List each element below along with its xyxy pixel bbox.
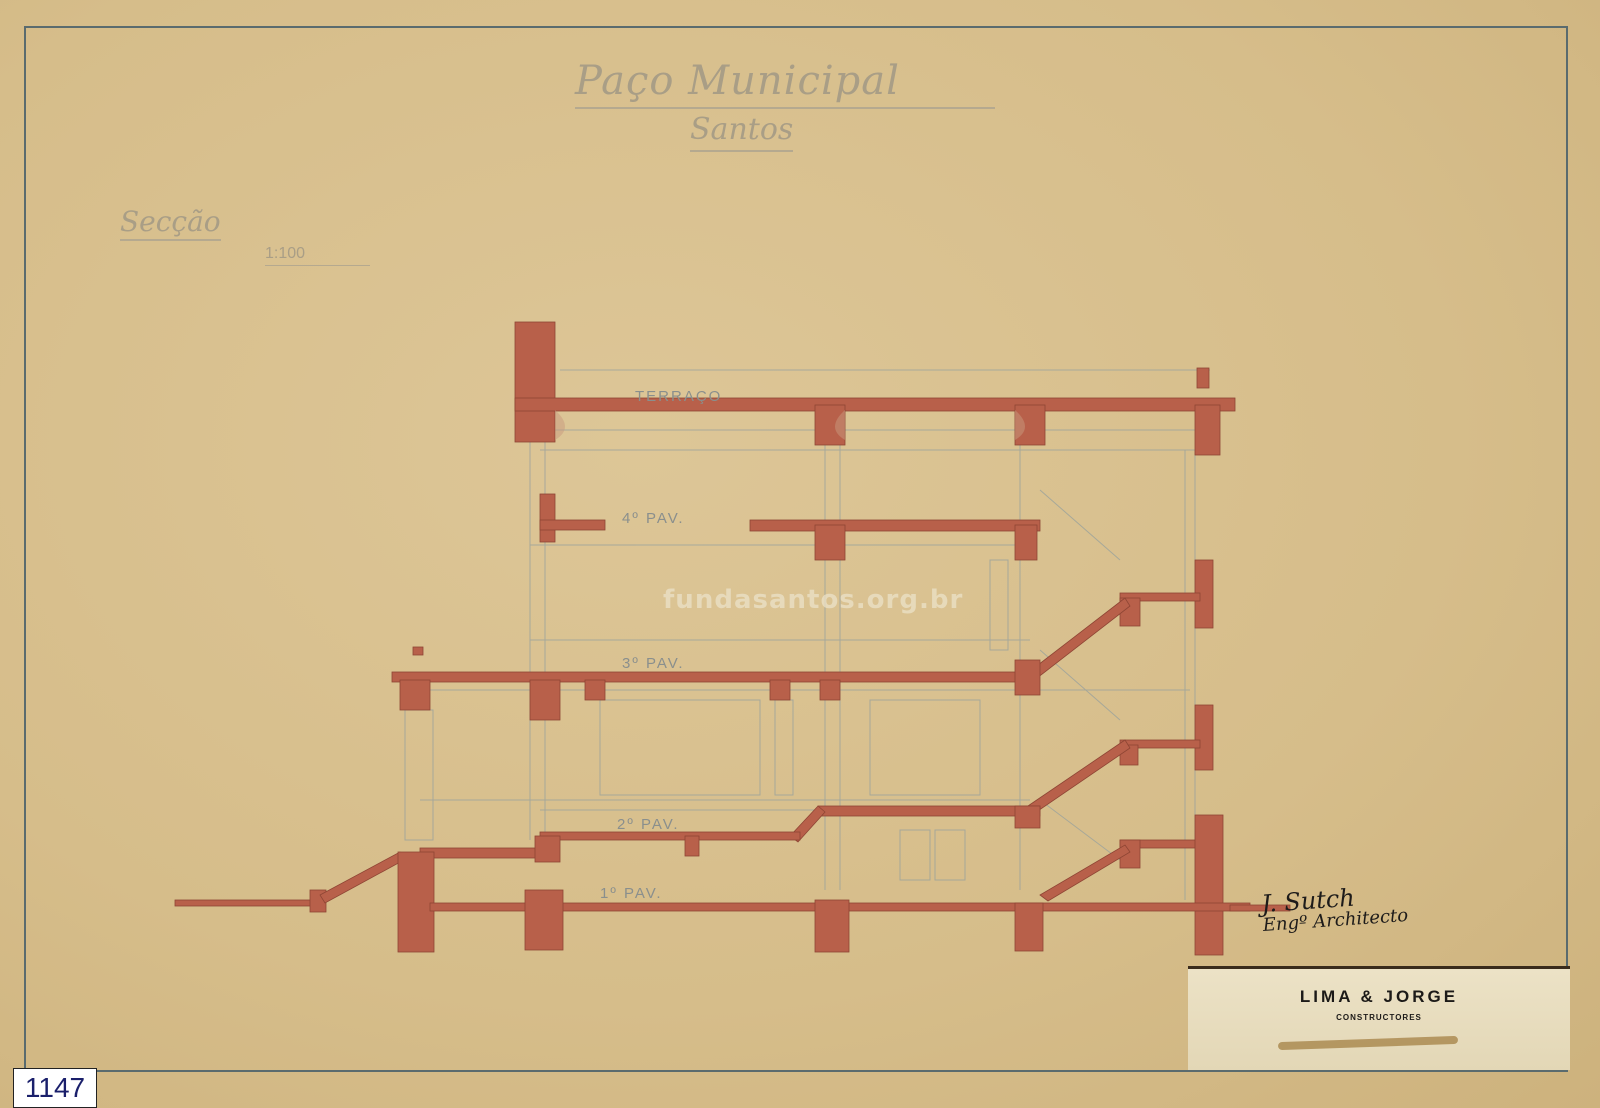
archive-id-badge: 1147 (13, 1068, 97, 1108)
stamp-subtitle: CONSTRUCTORES (1188, 1013, 1570, 1022)
floor-label-terrace: TERRAÇO (635, 388, 722, 405)
stamp-company: LIMA & JORGE (1188, 987, 1570, 1007)
section-walls (175, 322, 1290, 955)
floor-label-3: 3º PAV. (622, 655, 685, 672)
floor-label-2: 2º PAV. (617, 816, 680, 833)
watermark: fundasantos.org.br (663, 585, 963, 615)
building-section-drawing (0, 0, 1600, 1108)
floor-label-1: 1º PAV. (600, 885, 663, 902)
builder-stamp: LIMA & JORGE CONSTRUCTORES (1188, 966, 1570, 1070)
stain (1278, 1036, 1458, 1050)
floor-label-4: 4º PAV. (622, 510, 685, 527)
